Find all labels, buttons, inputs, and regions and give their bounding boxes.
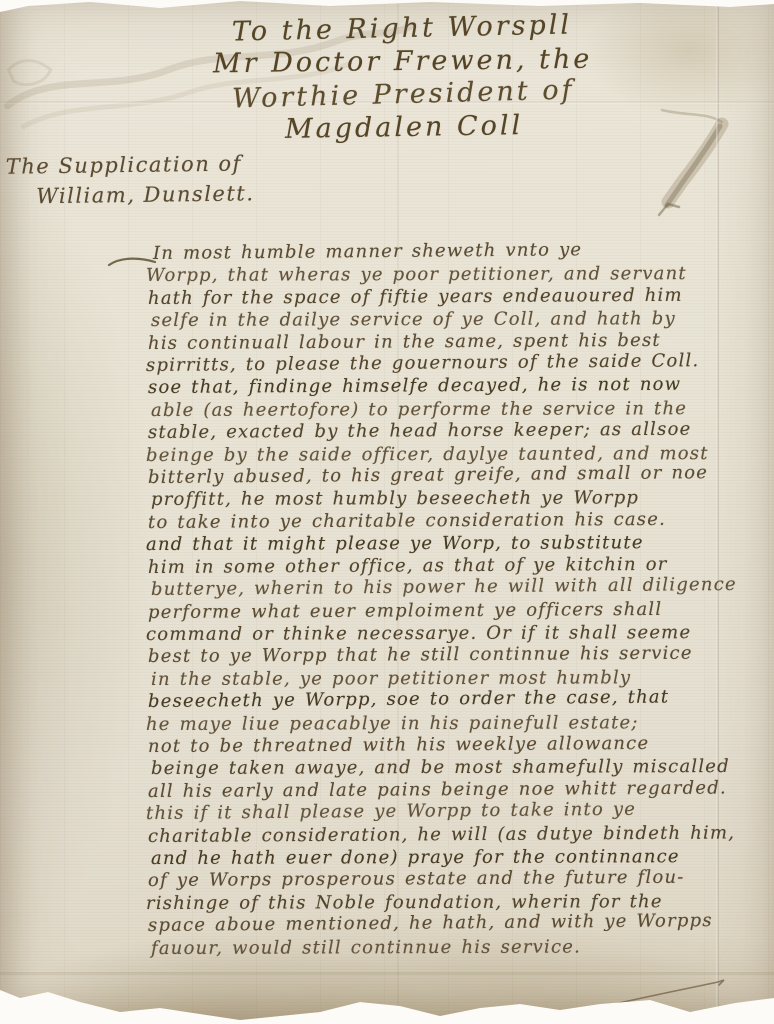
paper-sheet: To the Right Worspll Mr Doctor Frewen, t…: [0, 0, 774, 1024]
manuscript-scan: { "document": { "address_block": { "line…: [0, 0, 774, 1024]
edge-shading: [0, 0, 774, 1024]
